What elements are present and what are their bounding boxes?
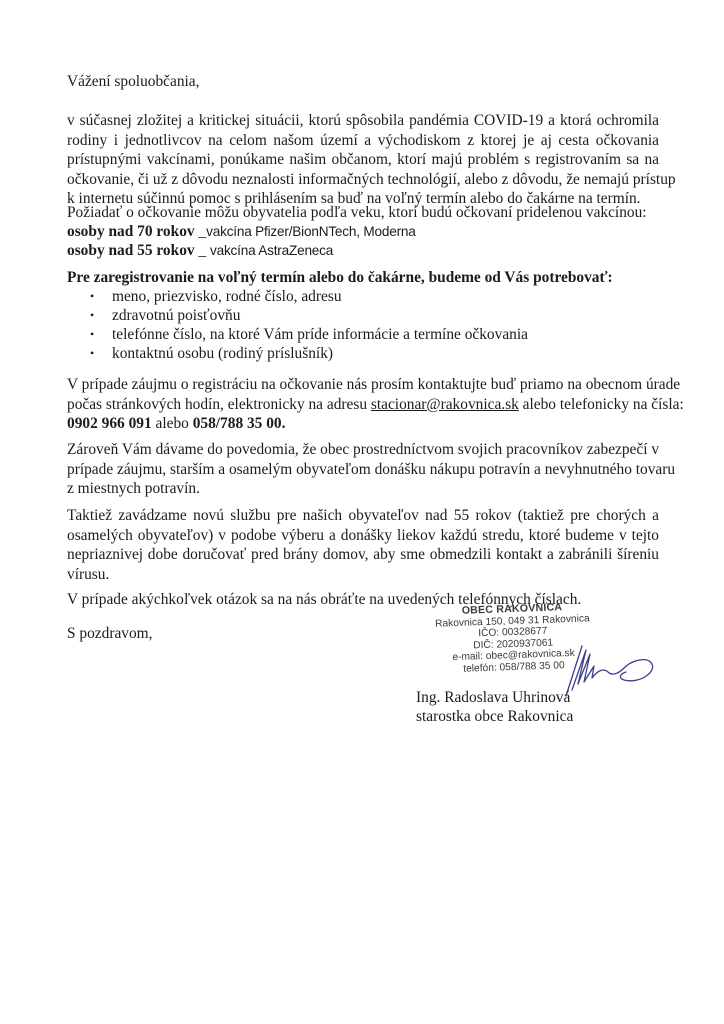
list-item: •telefónne číslo, na ktoré Vám príde inf… xyxy=(67,325,528,344)
eligibility-intro: Požiadať o očkovanie môžu obyvatelia pod… xyxy=(67,203,647,223)
separator: _ xyxy=(195,242,210,259)
intro-line: v súčasnej zložitej a kritickej situácii… xyxy=(67,111,659,131)
bullet-icon: • xyxy=(90,325,94,344)
bullet-icon: • xyxy=(90,306,94,325)
list-item-text: meno, priezvisko, rodné číslo, adresu xyxy=(112,288,342,305)
list-item-text: kontaktnú osobu (rodiný príslušník) xyxy=(112,345,333,362)
list-item: •zdravotnú poisťovňu xyxy=(67,306,528,325)
signatory-name: Ing. Radoslava Uhrinová xyxy=(416,688,570,708)
list-item: •kontaktnú osobu (rodiný príslušník) xyxy=(67,344,528,363)
list-item-text: telefónne číslo, na ktoré Vám príde info… xyxy=(112,326,528,343)
shopping-line: Zároveň Vám dávame do povedomia, že obec… xyxy=(67,440,659,460)
contact-line: počas stránkových hodín, elektronicky na… xyxy=(67,395,659,415)
medicine-line: Taktiež zavádzame novú službu pre našich… xyxy=(67,506,659,526)
email-link[interactable]: stacionar@rakovnica.sk xyxy=(371,396,519,413)
intro-paragraph: v súčasnej zložitej a kritickej situácii… xyxy=(67,111,659,209)
signatory-title: starostka obce Rakovnica xyxy=(416,707,573,727)
vaccine-name: vakcína AstraZeneca xyxy=(210,243,333,258)
requirements-list: •meno, priezvisko, rodné číslo, adresu •… xyxy=(67,287,528,363)
shopping-paragraph: Zároveň Vám dávame do povedomia, že obec… xyxy=(67,440,659,499)
intro-line: prístupnými vakcínami, ponúkame našim ob… xyxy=(67,150,659,170)
letter-page: Vážení spoluobčania, v súčasnej zložitej… xyxy=(0,0,724,1024)
closing: S pozdravom, xyxy=(67,624,153,644)
age-label: osoby nad 70 rokov xyxy=(67,223,195,240)
medicine-line: vírusu. xyxy=(67,565,659,585)
separator: _ xyxy=(195,223,207,240)
medicine-line: osamelých obyvateľov) v podobe výberu a … xyxy=(67,526,659,546)
shopping-line: prípade záujmu, starším a osamelým obyva… xyxy=(67,460,659,480)
contact-text: počas stránkových hodín, elektronicky na… xyxy=(67,396,371,413)
shopping-line: z miestnych potravín. xyxy=(67,479,659,499)
medicine-line: nepriaznivej dobe doručovať pred brány d… xyxy=(67,545,659,565)
eligibility-group-70: osoby nad 70 rokov _vakcína Pfizer/BionN… xyxy=(67,222,416,242)
intro-line: rodiny i jednotlivcov na celom našom úze… xyxy=(67,131,659,151)
age-label: osoby nad 55 rokov xyxy=(67,242,195,259)
list-item-text: zdravotnú poisťovňu xyxy=(112,307,240,324)
salutation: Vážení spoluobčania, xyxy=(67,72,199,92)
phone-line: 0902 966 091 alebo 058/788 35 00. xyxy=(67,414,659,434)
bullet-icon: • xyxy=(90,344,94,363)
eligibility-group-55: osoby nad 55 rokov _ vakcína AstraZeneca xyxy=(67,241,333,261)
medicine-paragraph: Taktiež zavádzame novú službu pre našich… xyxy=(67,506,659,584)
requirements-heading: Pre zaregistrovanie na voľný termín aleb… xyxy=(67,268,613,288)
vaccine-name: vakcína Pfizer/BionNTech, Moderna xyxy=(206,224,416,239)
contact-text: alebo telefonicky na čísla: xyxy=(519,396,684,413)
phone-number: 058/788 35 00. xyxy=(193,415,286,432)
handwritten-signature-icon xyxy=(560,640,660,698)
phone-number: 0902 966 091 xyxy=(67,415,152,432)
contact-line: V prípade záujmu o registráciu na očkova… xyxy=(67,375,659,395)
bullet-icon: • xyxy=(90,287,94,306)
list-item: •meno, priezvisko, rodné číslo, adresu xyxy=(67,287,528,306)
contact-paragraph: V prípade záujmu o registráciu na očkova… xyxy=(67,375,659,434)
intro-line: očkovanie, či už z dôvodu neznalosti inf… xyxy=(67,170,659,190)
phone-joiner: alebo xyxy=(152,415,193,432)
